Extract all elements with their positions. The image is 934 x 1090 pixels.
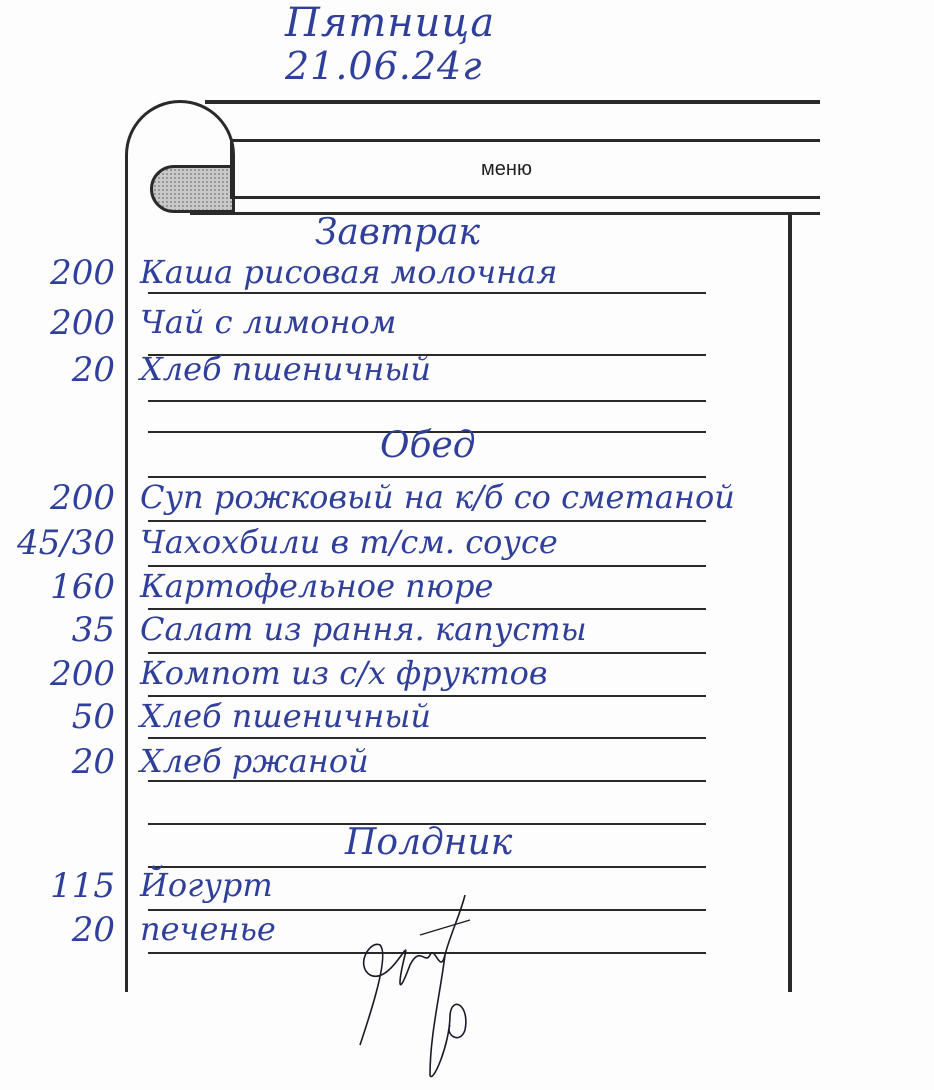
item-quantity: 160 bbox=[0, 567, 115, 607]
item-dish: Чай с лимоном bbox=[140, 303, 396, 341]
item-dish: Хлеб пшеничный bbox=[140, 350, 431, 388]
frame-top-border bbox=[205, 100, 820, 104]
signature-icon bbox=[350, 895, 500, 1085]
item-quantity: 115 bbox=[0, 866, 115, 906]
menu-date: 21.06.24г bbox=[285, 44, 482, 88]
section-lunch-title: Обед bbox=[380, 425, 476, 466]
item-dish: печенье bbox=[140, 910, 276, 948]
form-title: меню bbox=[481, 158, 532, 181]
item-quantity: 200 bbox=[0, 478, 115, 518]
frame-header-underline bbox=[190, 212, 820, 215]
item-quantity: 200 bbox=[0, 253, 115, 293]
item-quantity: 20 bbox=[0, 742, 115, 782]
frame-left-border bbox=[125, 160, 128, 992]
item-quantity: 200 bbox=[0, 303, 115, 343]
day-of-week: Пятница bbox=[285, 0, 495, 46]
form-title-box: меню bbox=[230, 139, 820, 199]
item-quantity: 200 bbox=[0, 654, 115, 694]
item-dish: Суп рожковый на к/б со сметаной bbox=[140, 478, 735, 516]
item-dish: Каша рисовая молочная bbox=[140, 253, 557, 291]
ruled-line bbox=[148, 292, 706, 294]
item-quantity: 20 bbox=[0, 350, 115, 390]
section-snack-title: Полдник bbox=[345, 822, 512, 863]
ruled-line bbox=[148, 737, 706, 739]
item-dish: Хлеб ржаной bbox=[140, 742, 369, 780]
frame-right-border bbox=[788, 215, 792, 992]
item-quantity: 35 bbox=[0, 610, 115, 650]
ruled-line bbox=[148, 400, 706, 402]
item-dish: Компот из с/х фруктов bbox=[140, 654, 548, 692]
ruled-line bbox=[148, 780, 706, 782]
item-dish: Йогурт bbox=[140, 866, 273, 904]
item-quantity: 50 bbox=[0, 697, 115, 737]
item-dish: Хлеб пшеничный bbox=[140, 697, 431, 735]
ruled-line bbox=[148, 520, 706, 522]
item-quantity: 20 bbox=[0, 910, 115, 950]
item-dish: Чахохбили в т/см. соусе bbox=[140, 523, 558, 561]
item-dish: Картофельное пюре bbox=[140, 567, 493, 605]
item-quantity: 45/30 bbox=[0, 523, 115, 563]
item-dish: Салат из рання. капусты bbox=[140, 610, 587, 648]
scroll-roll-icon bbox=[150, 165, 235, 213]
section-breakfast-title: Завтрак bbox=[315, 212, 480, 253]
